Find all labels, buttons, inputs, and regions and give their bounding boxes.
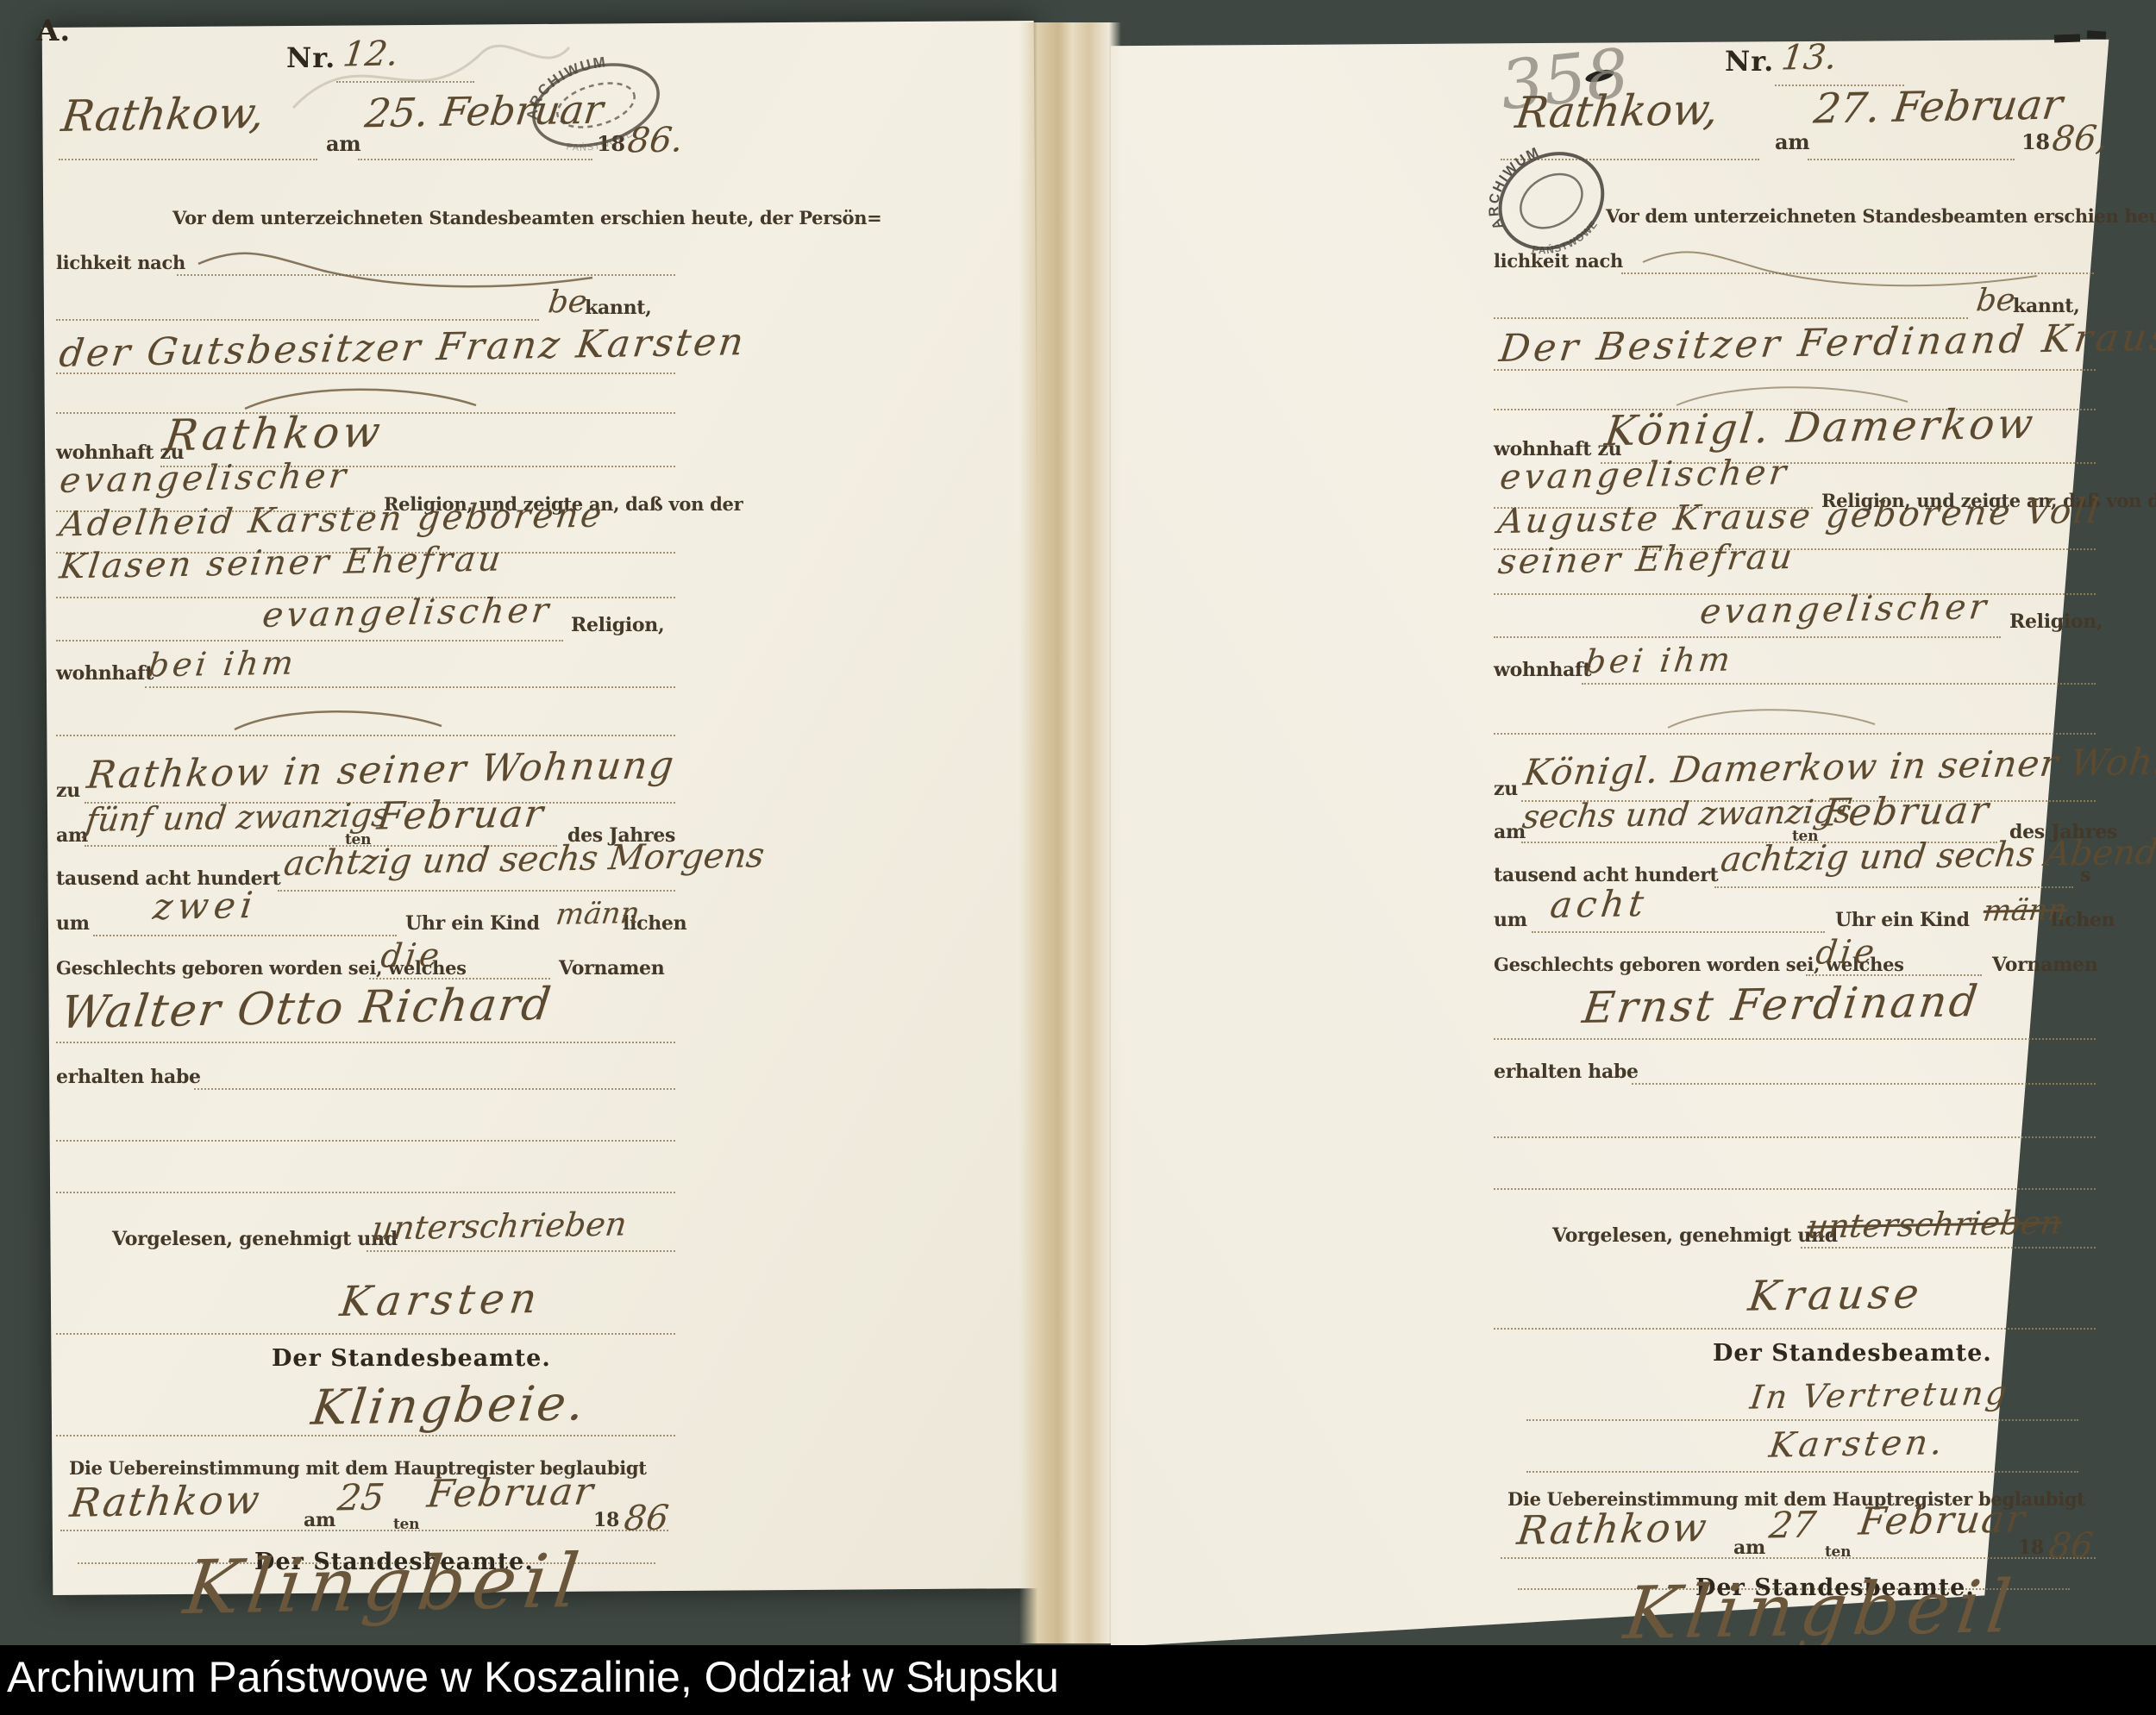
vorgelesen-label: Vorgelesen, genehmigt und (112, 1228, 398, 1250)
dotted-line (56, 1042, 675, 1043)
dotted-line (59, 159, 317, 160)
artikel-entry: die (379, 936, 445, 974)
cert-day: 25 (335, 1476, 387, 1519)
dotted-line (1526, 1471, 2078, 1473)
uhr-kind-label-2: Uhr ein Kind (1835, 909, 1970, 931)
birth-month-entry: Februar (375, 792, 548, 838)
cert-ten-2: ten (1825, 1543, 1851, 1561)
edge-mark (2087, 30, 2106, 39)
birth-hour-entry-2: acht (1548, 882, 1651, 926)
dotted-line (278, 890, 675, 892)
bei-ihm-entry-2: bei ihm (1583, 641, 1736, 681)
religion2-printed-2: Religion, (2009, 610, 2103, 633)
birth-year-words: achtzig und sechs Morgens (282, 836, 767, 884)
registrar-title: Der Standesbeamte. (272, 1345, 551, 1372)
dotted-line (367, 1250, 675, 1252)
date-entry-2: 27. Februar (1811, 81, 2065, 134)
registrar-final-signature-2: Klingbeil (1620, 1564, 2022, 1656)
dotted-line (194, 1088, 675, 1090)
dotted-line (56, 640, 563, 642)
unterschrieben-entry: unterschrieben (370, 1205, 629, 1247)
archive-caption-bar: Archiwum Państwowe w Koszalinie, Oddział… (0, 1645, 2156, 1715)
unterschrieben-entry-2: unterschrieben (1805, 1203, 2064, 1245)
flourish (1664, 707, 1880, 735)
book-fold (1019, 22, 1121, 1643)
cert-day-2: 27 (1767, 1504, 1819, 1547)
flourish (241, 386, 483, 416)
place-entry: Rathkow, (59, 88, 267, 141)
um-label: um (56, 912, 90, 935)
record-number-label-2: Nr. (1725, 45, 1774, 78)
bekannt-printed: kannt, (585, 297, 652, 319)
dotted-line (1632, 1083, 2096, 1085)
cert-year: 86 (622, 1499, 671, 1539)
vornamen-label: Vornamen (559, 957, 664, 980)
cert-month: Februar (425, 1469, 598, 1516)
pencil-squiggle (285, 26, 578, 129)
religion1-entry-2: evangelischer (1498, 453, 1792, 498)
intro-line1-2: Vor dem unterzeichneten Standesbeamten e… (1606, 205, 2156, 227)
religion2-entry-2: evangelischer (1698, 587, 1992, 632)
dotted-line (1494, 1136, 2096, 1138)
registrar-title-3: Der Standesbeamte. (1713, 1340, 1992, 1367)
uhr-kind-label: Uhr ein Kind (405, 912, 540, 935)
mother-name-line2-2: seiner Ehefrau (1496, 537, 1797, 582)
dotted-line (56, 1333, 675, 1335)
um-label-2: um (1494, 909, 1527, 931)
deputy-note: In Vertretung (1748, 1374, 2012, 1416)
deputy-signature: Karsten. (1767, 1423, 1948, 1466)
flourish (1639, 247, 2044, 290)
dotted-line (1532, 931, 1825, 933)
place-entry-2: Rathkow, (1513, 84, 1721, 138)
flourish (231, 709, 447, 736)
dotted-line (1494, 1328, 2096, 1330)
dotted-line (1494, 317, 1968, 319)
religion2-printed: Religion, (571, 614, 664, 636)
birth-day-entry-2: sechs und zwanzigs (1520, 792, 1854, 836)
child-name-entry: Walter Otto Richard (59, 979, 555, 1039)
dotted-line (1714, 886, 2073, 888)
vorgelesen-label-2: Vorgelesen, genehmigt und (1552, 1224, 1838, 1247)
dotted-line (1494, 1188, 2096, 1190)
dotted-line (56, 1192, 675, 1193)
cert-month-2: Februar (1857, 1497, 2029, 1543)
bekannt-printed-2: kannt, (2013, 295, 2080, 317)
vornamen-label-2: Vornamen (1992, 954, 2097, 976)
birth-year-words-2: achtzig und sechs Abend (1719, 833, 2156, 880)
flourish (1673, 385, 1915, 412)
year-prefix-2: 18 (2021, 129, 2050, 154)
cert-am-2: am (1733, 1537, 1765, 1559)
corner-letter: A. (36, 14, 71, 48)
intro-line2: lichkeit nach (56, 252, 185, 273)
declarant-signature-2: Krause (1745, 1269, 1926, 1321)
wohnhaft-label-2: wohnhaft (1494, 659, 1591, 681)
dotted-line (93, 935, 397, 936)
am-label: am (326, 131, 360, 156)
religion2-entry: evangelischer (260, 591, 555, 635)
erhalten-label: erhalten habe (56, 1066, 201, 1088)
registrar-final-signature: Klingbeil (179, 1538, 590, 1631)
dotted-line (56, 319, 539, 321)
erhalten-label-2: erhalten habe (1494, 1061, 1639, 1083)
dotted-line (145, 686, 675, 688)
dotted-line (1582, 683, 2096, 685)
gender-entry: männ (554, 896, 641, 932)
artikel-entry-2: die (1814, 932, 1880, 971)
registrar-signature: Klingbeie. (309, 1375, 590, 1436)
child-name-entry-2: Ernst Ferdinand (1580, 976, 1983, 1033)
cert-am: am (304, 1509, 335, 1531)
bei-ihm-entry: bei ihm (146, 644, 299, 685)
dotted-line (1494, 636, 2001, 638)
cert-place: Rathkow (67, 1476, 263, 1526)
am-label-2: am (1775, 129, 1809, 154)
dotted-line (56, 1140, 675, 1142)
flourish (194, 248, 599, 291)
cert-ten: ten (393, 1516, 419, 1533)
zu-label-2: zu (1494, 778, 1518, 800)
dotted-line (1494, 1038, 2096, 1040)
cert-year-2: 86 (2046, 1526, 2096, 1567)
birth-day-entry: fünf und zwanzigs (84, 796, 391, 839)
year-entry-2: 86, (2050, 118, 2109, 159)
birth-month-entry-2: Februar (1821, 788, 1993, 835)
gender-entry-2: männ (1981, 892, 2068, 929)
archive-caption-text: Archiwum Państwowe w Koszalinie, Oddział… (7, 1652, 1059, 1702)
scanned-register-spread: A. Nr. 12. ARCHIWUM PAŃSTWOWE Rathkow, a… (0, 0, 2156, 1715)
mother-name-line2: Klasen seiner Ehefrau (58, 540, 505, 587)
dotted-line (1526, 1419, 2078, 1421)
intro-line1: Vor dem unterzeichneten Standesbeamten e… (172, 207, 881, 228)
cert-year-prefix: 18 (593, 1509, 619, 1531)
dotted-line (60, 1530, 668, 1531)
declarant-signature: Karsten (337, 1274, 544, 1326)
cert-place-2: Rathkow (1514, 1504, 1710, 1554)
dotted-line (1501, 1557, 2096, 1559)
religion1-entry: evangelischer (58, 456, 352, 501)
dotted-line (1808, 159, 2015, 160)
birth-hour-entry: zwei (151, 884, 260, 928)
record-number-value-2: 13. (1779, 37, 1839, 78)
wohnhaft-label: wohnhaft (56, 662, 154, 685)
zu-label: zu (56, 779, 80, 802)
edge-mark (2054, 34, 2080, 42)
dotted-line (1801, 1247, 2096, 1249)
